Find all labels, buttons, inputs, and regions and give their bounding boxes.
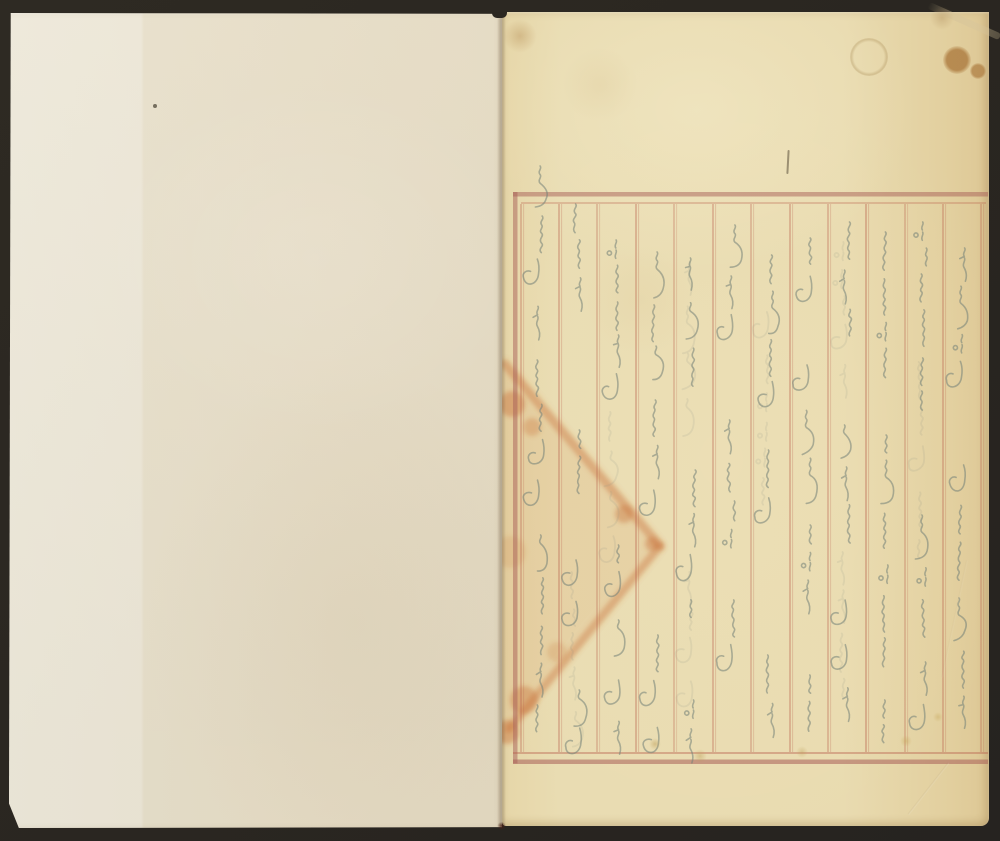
manuscript-ruled-frame-and-script <box>502 12 989 826</box>
manchu-script-column <box>676 258 698 763</box>
manchu-script-column <box>909 222 928 730</box>
manchu-script-column <box>877 232 893 743</box>
gutter-bottom-mark <box>497 822 506 830</box>
left-blank-page <box>8 13 502 828</box>
manchu-script-column <box>717 225 743 671</box>
manchu-script-column <box>946 248 967 728</box>
manchu-script-column <box>755 255 780 737</box>
gutter-top-notch <box>492 12 507 18</box>
right-manuscript-page <box>502 12 989 826</box>
bleedthrough-script-column <box>831 242 847 697</box>
book-gutter-shadow <box>497 12 506 826</box>
manchu-script-column <box>793 238 817 731</box>
photograph-background <box>0 0 1000 841</box>
bleedthrough-script-column <box>676 262 696 706</box>
manchu-script-column <box>640 252 665 752</box>
